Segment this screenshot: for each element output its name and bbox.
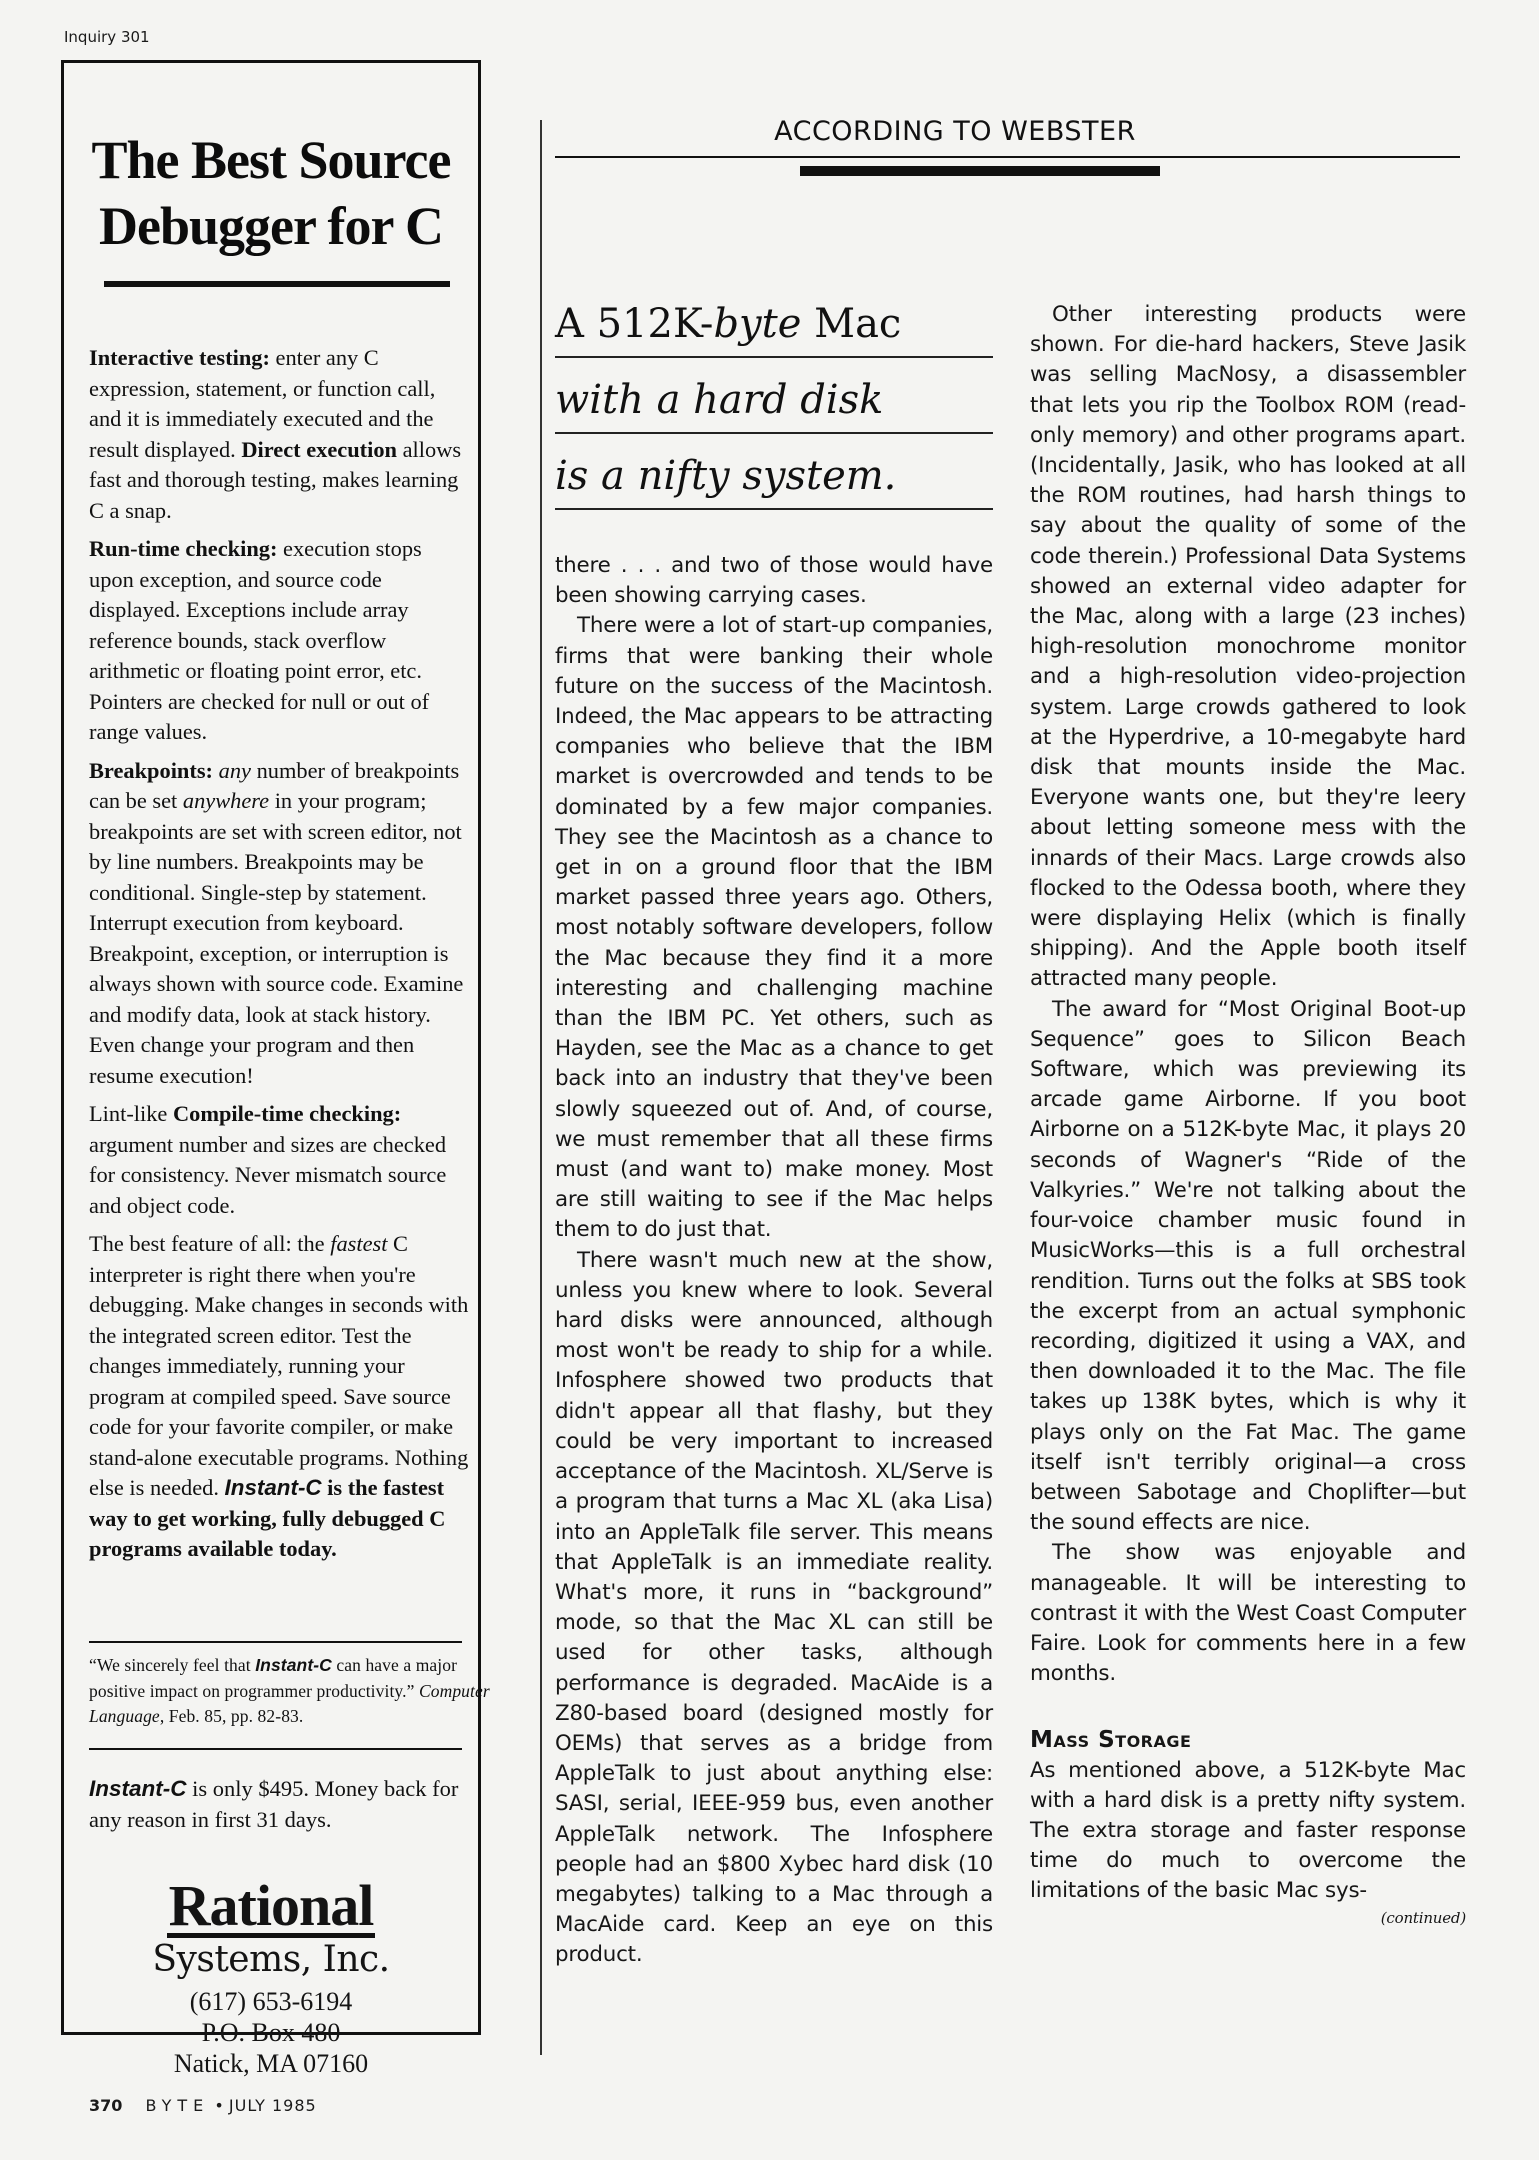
company-logo-block: Rational Systems, Inc. (617) 653-6194 P.…	[64, 1879, 478, 2079]
ad-headline-line-2: Debugger for C	[64, 193, 478, 259]
feature-text: The best feature of all: the	[89, 1231, 330, 1256]
pull-quote-line-1: A 512K-byte Mac	[555, 298, 993, 358]
pull-quote-text: is a nifty system.	[555, 453, 896, 499]
emphasis: fastest	[330, 1231, 387, 1256]
column-header-bar	[800, 166, 1160, 176]
article-paragraph: There wasn't much new at the show, unles…	[555, 1246, 993, 1971]
company-contact: (617) 653-6194 P.O. Box 480 Natick, MA 0…	[64, 1986, 478, 2079]
feature-best-feature: The best feature of all: the fastest C i…	[89, 1229, 469, 1565]
feature-text: in your program; breakpoints are set wit…	[89, 788, 463, 1088]
column-divider	[540, 120, 542, 2055]
inquiry-number: Inquiry 301	[64, 28, 150, 46]
feature-label: Run-time checking:	[89, 536, 277, 561]
article-paragraph: there . . . and two of those would have …	[555, 551, 993, 611]
feature-breakpoints: Breakpoints: any number of breakpoints c…	[89, 756, 469, 1092]
quote-divider-bottom	[89, 1748, 462, 1750]
quote-text: “We sincerely feel that	[89, 1655, 255, 1675]
feature-label: Interactive testing:	[89, 345, 270, 370]
feature-text: execution stops upon exception, and sour…	[89, 536, 429, 744]
feature-text: argument number and sizes are checked fo…	[89, 1132, 446, 1218]
feature-runtime-checking: Run-time checking: execution stops upon …	[89, 534, 469, 748]
emphasis: any	[219, 758, 251, 783]
company-address-line-1: P.O. Box 480	[64, 2017, 478, 2048]
page-footer: 370 BYTE • JULY 1985	[89, 2096, 317, 2115]
article-column-middle: there . . . and two of those would have …	[555, 551, 993, 1971]
article-column-right: Other interesting products were shown. F…	[1030, 300, 1466, 1929]
article-paragraph: There were a lot of start-up companies, …	[555, 611, 993, 1245]
footer-bullet: •	[214, 2096, 223, 2115]
issue-date: JULY 1985	[229, 2096, 317, 2115]
pull-quote-text: with a hard disk	[555, 377, 883, 423]
company-logo-systems: Systems, Inc.	[64, 1938, 478, 1982]
pull-quote-text: Mac	[801, 301, 901, 347]
testimonial-quote: “We sincerely feel that Instant-C can ha…	[89, 1653, 514, 1730]
pull-quote-line-2: with a hard disk	[555, 374, 993, 434]
quote-citation: , Feb. 85, pp. 82-83.	[160, 1706, 304, 1726]
ad-headline-line-1: The Best Source	[64, 127, 478, 193]
column-header-rule	[555, 156, 1460, 158]
feature-label: Compile-time checking:	[173, 1101, 401, 1126]
pull-quote: A 512K-byte Mac with a hard disk is a ni…	[555, 298, 993, 526]
product-name: Instant-C	[89, 1776, 187, 1801]
ad-headline: The Best Source Debugger for C	[64, 127, 478, 259]
magazine-name: BYTE	[146, 2096, 210, 2115]
product-name: Instant-C	[255, 1655, 332, 1675]
page-number: 370	[89, 2096, 122, 2115]
column-title: ACCORDING TO WEBSTER	[555, 116, 1355, 147]
emphasis: anywhere	[183, 788, 269, 813]
article-paragraph: Other interesting products were shown. F…	[1030, 300, 1466, 995]
section-heading-mass-storage: Mass Storage	[1030, 1725, 1466, 1755]
quote-divider-top	[89, 1641, 462, 1643]
feature-text: C interpreter is right there when you're…	[89, 1231, 468, 1500]
product-name: Instant-C	[225, 1475, 322, 1500]
headline-divider	[104, 281, 450, 287]
continued-marker: (continued)	[1030, 1907, 1466, 1929]
feature-interactive-testing: Interactive testing: enter any C express…	[89, 343, 469, 526]
price-statement: Instant-C is only $495. Money back for a…	[89, 1773, 479, 1835]
feature-text: Lint-like	[89, 1101, 173, 1126]
article-paragraph: The award for “Most Original Boot-up Seq…	[1030, 995, 1466, 1539]
article-paragraph: As mentioned above, a 512K-byte Mac with…	[1030, 1756, 1466, 1907]
pull-quote-text: A 512K-	[555, 301, 713, 347]
ad-body-copy: Interactive testing: enter any C express…	[89, 343, 469, 1573]
article-paragraph: The show was enjoyable and manageable. I…	[1030, 1538, 1466, 1689]
company-address-line-2: Natick, MA 07160	[64, 2048, 478, 2079]
pull-quote-line-3: is a nifty system.	[555, 450, 993, 510]
advertisement-box: The Best Source Debugger for C Interacti…	[61, 60, 481, 2035]
feature-label: Breakpoints:	[89, 758, 213, 783]
company-logo-rational: Rational	[167, 1879, 376, 1938]
feature-compile-time-checking: Lint-like Compile-time checking: argumen…	[89, 1099, 469, 1221]
company-phone: (617) 653-6194	[64, 1986, 478, 2017]
pull-quote-emphasis: byte	[713, 301, 801, 347]
feature-label: Direct execution	[241, 437, 397, 462]
